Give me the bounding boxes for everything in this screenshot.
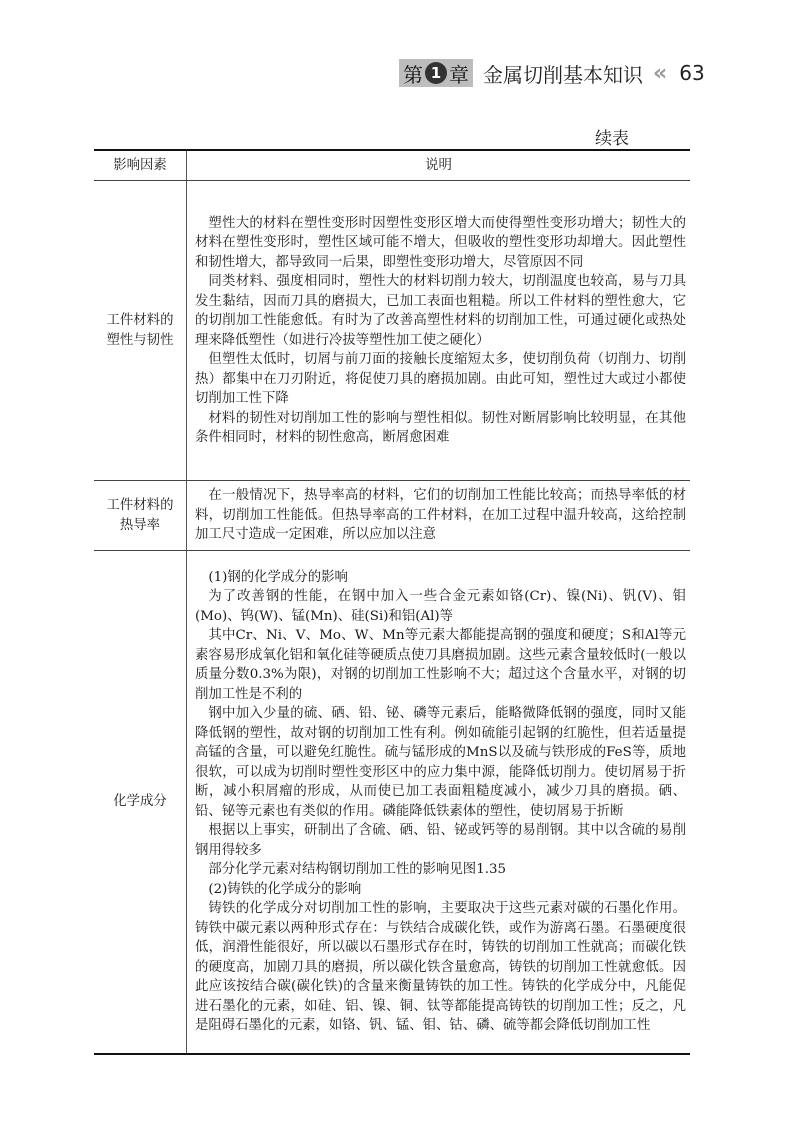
paragraph: 铸铁的化学成分对切削加工性的影响，主要取决于这些元素对碳的石墨化作用。铸铁中碳元…	[195, 899, 686, 1036]
table-row: 化学成分 (1)钢的化学成分的影响 为了改善钢的性能，在钢中加入一些合金元素如铬…	[94, 551, 690, 1054]
paragraph: 同类材料、强度相同时，塑性大的材料切削力较大，切削温度也较高，易与刀具发生黏结，…	[195, 272, 686, 350]
table-header-row: 影响因素 说明	[94, 150, 690, 181]
paragraph: 根据以上事实，研制出了含硫、硒、铅、铋或钙等的易削钢。其中以含硫的易削钢用得较多	[195, 821, 686, 860]
description-cell: 在一般情况下，热导率高的材料，它们的切削加工性能比较高；而热导率低的材料，切削加…	[187, 481, 691, 551]
factors-table: 影响因素 说明 工件材料的塑性与韧性 塑性大的材料在塑性变形时因塑性变形区增大而…	[94, 149, 690, 1055]
running-head: 第 1 章 金属切削基本知识 « 63	[399, 58, 705, 88]
header-factor: 影响因素	[94, 150, 187, 181]
continued-table-label: 续表	[595, 124, 629, 149]
paragraph: 塑性大的材料在塑性变形时因塑性变形区增大而使得塑性变形功增大；韧性大的材料在塑性…	[195, 214, 686, 273]
paragraph: 但塑性太低时，切屑与前刀面的接触长度缩短太多，使切削负荷（切削力、切削热）都集中…	[195, 350, 686, 409]
chapter-suffix: 章	[449, 59, 469, 88]
paragraph: 钢中加入少量的硫、硒、铅、铋、磷等元素后，能略微降低钢的强度，同时又能降低钢的塑…	[195, 704, 686, 821]
description-cell: 塑性大的材料在塑性变形时因塑性变形区增大而使得塑性变形功增大；韧性大的材料在塑性…	[187, 181, 691, 481]
paragraph: 部分化学元素对结构钢切削加工性的影响见图1.35	[195, 860, 686, 880]
header-description: 说明	[187, 150, 691, 181]
factor-cell: 工件材料的塑性与韧性	[94, 181, 187, 481]
paragraph: 在一般情况下，热导率高的材料，它们的切削加工性能比较高；而热导率低的材料，切削加…	[195, 486, 686, 545]
table-row: 工件材料的塑性与韧性 塑性大的材料在塑性变形时因塑性变形区增大而使得塑性变形功增…	[94, 181, 690, 481]
paragraph: 为了改善钢的性能，在钢中加入一些合金元素如铬(Cr)、镍(Ni)、钒(V)、钼(…	[195, 587, 686, 626]
page-number: 63	[679, 61, 704, 85]
chapter-number-badge: 1	[425, 62, 447, 84]
factor-cell: 工件材料的热导率	[94, 481, 187, 551]
factor-cell: 化学成分	[94, 551, 187, 1054]
paragraph: 其中Cr、Ni、V、Mo、W、Mn等元素大都能提高钢的强度和硬度；S和Al等元素…	[195, 626, 686, 704]
chapter-tag: 第 1 章	[399, 59, 473, 87]
paragraph: (2)铸铁的化学成分的影响	[195, 880, 686, 900]
paragraph: (1)钢的化学成分的影响	[195, 568, 686, 588]
description-cell: (1)钢的化学成分的影响 为了改善钢的性能，在钢中加入一些合金元素如铬(Cr)、…	[187, 551, 691, 1054]
chapter-prefix: 第	[403, 59, 423, 88]
double-chevron-left-icon: «	[653, 61, 661, 86]
paragraph: 材料的韧性对切削加工性的影响与塑性相似。韧性对断屑影响比较明显，在其他条件相同时…	[195, 409, 686, 448]
chapter-title: 金属切削基本知识	[483, 59, 643, 88]
table-row: 工件材料的热导率 在一般情况下，热导率高的材料，它们的切削加工性能比较高；而热导…	[94, 481, 690, 551]
